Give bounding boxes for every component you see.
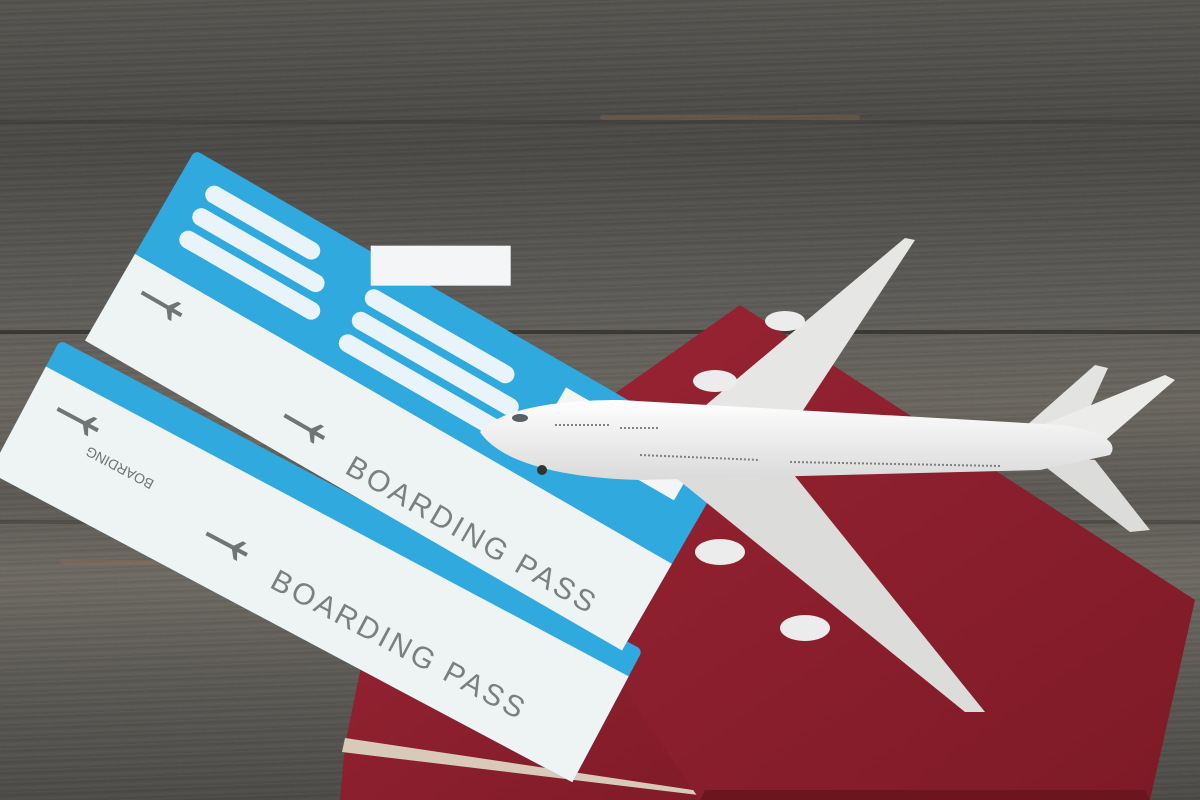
photo-scene: PASSPORT PASSPORT PASSEPORT [0,0,1200,800]
photo-illustration: PASSPORT PASSPORT PASSEPORT [0,0,1200,800]
